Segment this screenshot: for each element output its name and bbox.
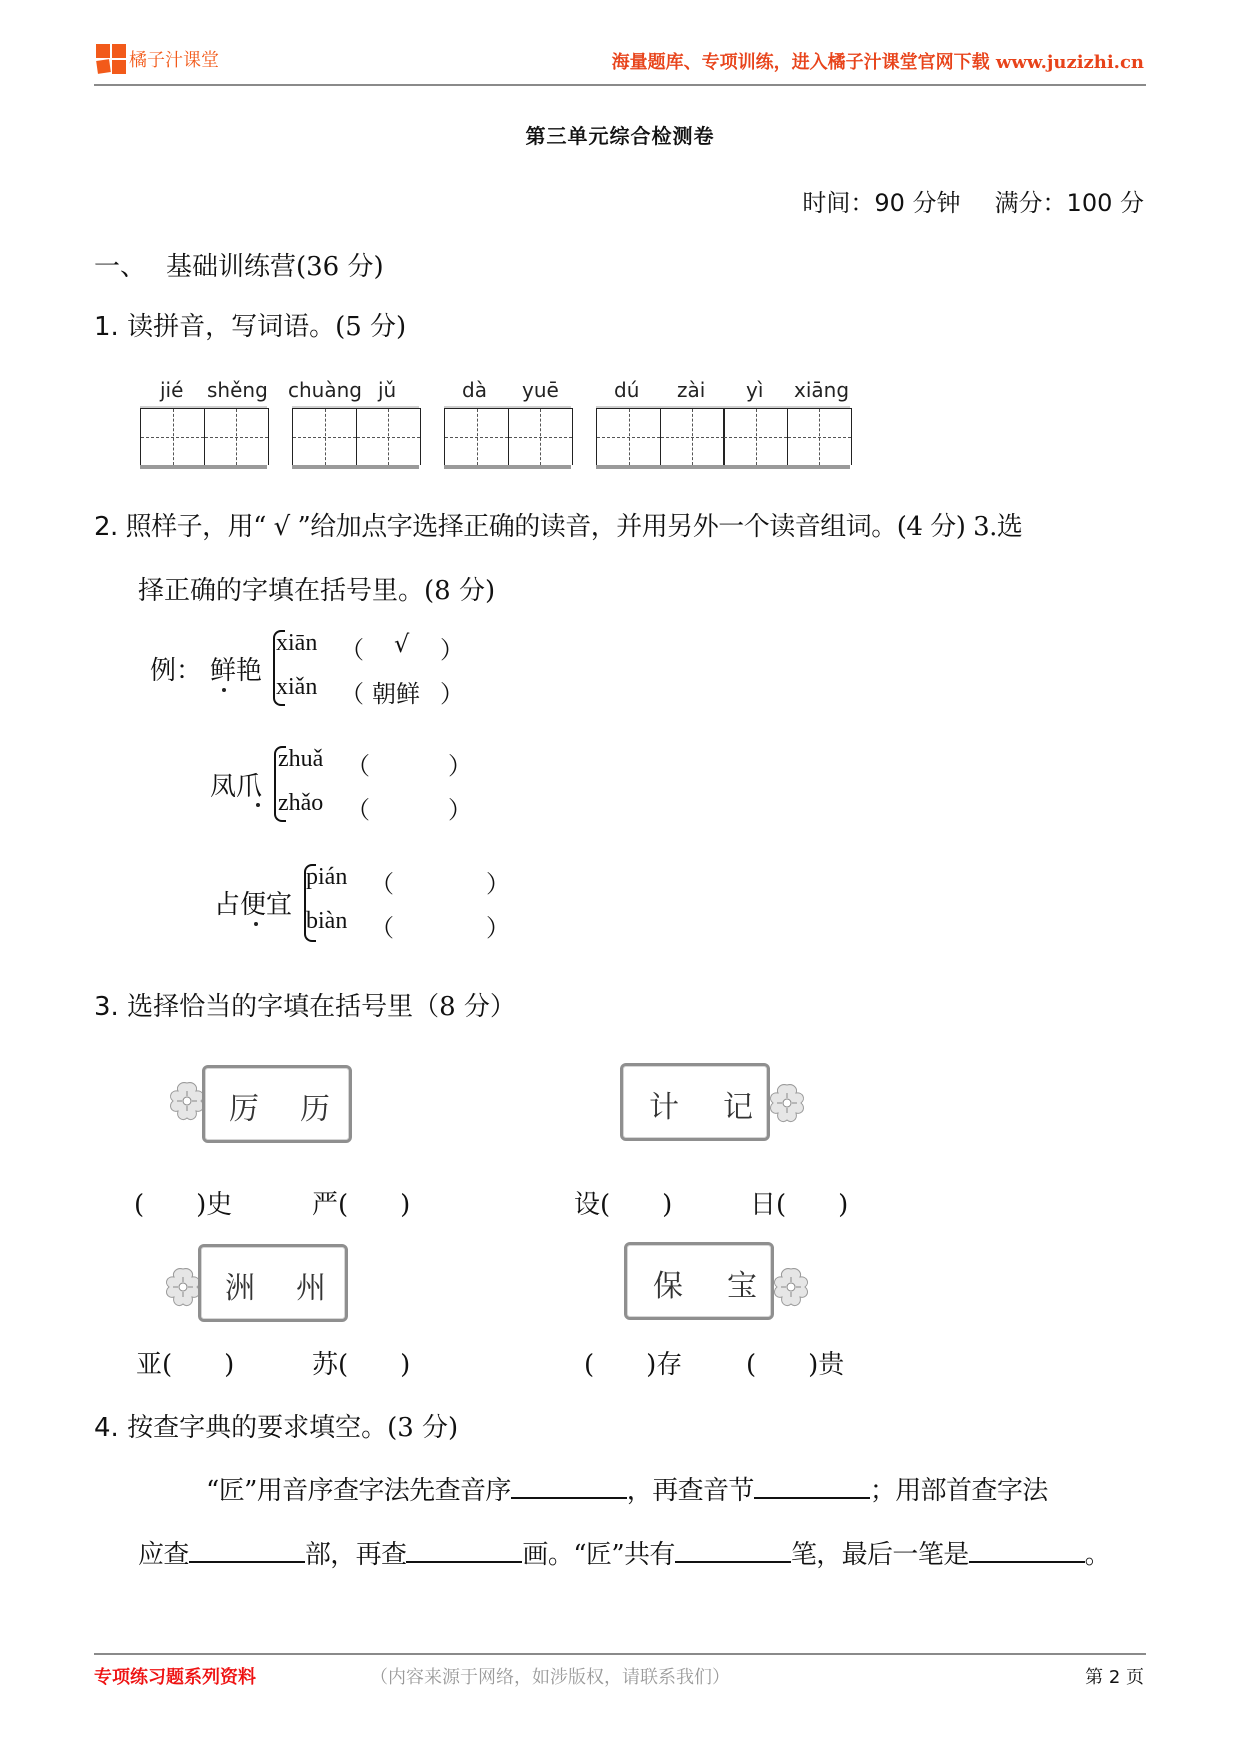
answer-slot: （	[340, 630, 364, 665]
q4-text: “匠”用音序查字法先查音序	[206, 1476, 511, 1506]
question-number: 3.	[94, 992, 119, 1022]
pinyin-option: biàn	[306, 908, 347, 935]
answer-blank[interactable]	[406, 1539, 522, 1563]
question-number: 1.	[94, 312, 119, 342]
emphasis-dot	[256, 803, 260, 807]
fill-in-item[interactable]: ( )贵	[746, 1344, 844, 1381]
fill-in-item[interactable]: 亚( )	[136, 1344, 234, 1381]
flower-icon	[768, 1082, 806, 1126]
answer-slot: ）	[486, 864, 510, 899]
footer-divider	[94, 1653, 1146, 1655]
footer-series-label: 专项练习题系列资料	[94, 1663, 256, 1689]
question-2: 2. 照样子，用“ √ ”给加点字选择正确的读音，并用另外一个读音组词。(4 分…	[94, 506, 1022, 543]
fill-in-item[interactable]: 严( )	[312, 1184, 410, 1221]
answer-blank[interactable]	[754, 1475, 870, 1499]
answer-slot[interactable]: （	[346, 790, 370, 825]
page-number: 第 2 页	[1085, 1663, 1144, 1689]
q4-text: 。	[1085, 1540, 1110, 1570]
fill-in-item[interactable]: 苏( )	[312, 1344, 410, 1381]
q4-text: 画。“匠”共有	[522, 1540, 674, 1570]
pinyin-label: jǔ	[378, 378, 396, 402]
brand-logo-icon	[96, 44, 126, 74]
brand-name: 橘子汁课堂	[129, 46, 219, 72]
grid-cell[interactable]	[596, 408, 661, 465]
pinyin-option: xiān	[276, 630, 317, 657]
fill-in-item[interactable]: ( )存	[584, 1344, 682, 1381]
answer-slot: ）	[486, 908, 510, 943]
grid-cell[interactable]	[787, 408, 852, 465]
grid-cell[interactable]	[292, 408, 357, 465]
question-text: 读拼音，写词语。(5 分)	[127, 312, 406, 342]
writing-grid[interactable]	[596, 406, 850, 469]
choice-char: 计	[649, 1082, 679, 1126]
polyphone-word: 占便宜	[214, 884, 292, 921]
q4-text: ；用部首查字法	[870, 1476, 1048, 1506]
question-1: 1. 读拼音，写词语。(5 分)	[94, 306, 406, 343]
char-choice-card: 保 宝	[624, 1242, 774, 1320]
question-4: 4. 按查字典的要求填空。(3 分)	[94, 1407, 458, 1444]
choice-char: 宝	[727, 1261, 757, 1305]
answer-slot[interactable]: （	[370, 864, 394, 899]
pinyin-label: yuē	[522, 378, 559, 402]
q4-text: 应查	[138, 1540, 189, 1570]
polyphone-word: 鲜艳	[210, 650, 262, 687]
grid-cell[interactable]	[356, 408, 421, 465]
choice-char: 保	[653, 1261, 683, 1305]
pinyin-option: zhǎo	[278, 790, 323, 817]
q4-line-1: “匠”用音序查字法先查音序，再查音节；用部首查字法	[206, 1470, 1048, 1507]
answer-slot: ）	[448, 746, 472, 781]
flower-icon	[164, 1266, 202, 1310]
answer-blank[interactable]	[969, 1539, 1085, 1563]
polyphone-word: 凤爪	[210, 766, 262, 803]
char-choice-card: 计 记	[620, 1063, 770, 1141]
page-title: 第三单元综合检测卷	[0, 120, 1240, 149]
grid-cell[interactable]	[660, 408, 725, 465]
exam-meta: 时间：90 分钟满分：100 分	[802, 183, 1144, 218]
section-number: 一、	[94, 246, 166, 283]
pinyin-label: zài	[677, 378, 705, 402]
pinyin-label: dú	[614, 378, 639, 402]
section-label: 基础训练营(36 分)	[166, 252, 384, 282]
fill-in-item[interactable]: 设( )	[574, 1184, 672, 1221]
section-heading: 一、基础训练营(36 分)	[94, 246, 384, 283]
grid-cell[interactable]	[444, 408, 509, 465]
answer-slot[interactable]: （	[346, 746, 370, 781]
answer-blank[interactable]	[675, 1539, 791, 1563]
header-divider	[94, 84, 1146, 86]
footer-copyright-note: （内容来源于网络，如涉版权，请联系我们）	[370, 1663, 730, 1689]
grid-cell[interactable]	[723, 408, 788, 465]
writing-grid[interactable]	[140, 406, 267, 469]
char-choice-card: 厉 历	[202, 1065, 352, 1143]
emphasis-dot	[222, 688, 226, 692]
answer-slot: ）	[448, 790, 472, 825]
answer-slot: ）	[440, 674, 464, 709]
example-label: 例：	[150, 650, 202, 687]
grid-cell[interactable]	[204, 408, 269, 465]
fill-in-item[interactable]: ( )史	[134, 1184, 232, 1221]
answer-blank[interactable]	[511, 1475, 627, 1499]
pinyin-label: dà	[462, 378, 487, 402]
question-2-continued: 择正确的字填在括号里。(8 分)	[138, 570, 495, 607]
choice-char: 州	[296, 1263, 326, 1307]
question-text: 选择恰当的字填在括号里（8 分）	[127, 992, 516, 1022]
question-number: 4.	[94, 1413, 119, 1443]
question-text: 照样子，用“ √ ”给加点字选择正确的读音，并用另外一个读音组词。(4 分) 3…	[126, 512, 1023, 542]
choice-char: 洲	[225, 1263, 255, 1307]
pinyin-option: pián	[306, 864, 347, 891]
answer-slot: （	[340, 674, 364, 709]
question-number: 2.	[94, 512, 118, 542]
flower-icon	[772, 1266, 810, 1310]
q4-text: 部，再查	[305, 1540, 407, 1570]
score-label: 满分：100 分	[995, 189, 1144, 217]
question-3: 3. 选择恰当的字填在括号里（8 分）	[94, 986, 516, 1023]
answer-text: 朝鲜	[372, 674, 420, 709]
pinyin-label: chuàng	[288, 378, 362, 402]
pinyin-label: yì	[746, 378, 763, 402]
q4-line-2: 应查部，再查画。“匠”共有笔，最后一笔是。	[138, 1534, 1110, 1571]
answer-slot: ）	[440, 630, 464, 665]
answer-text: √	[394, 630, 409, 658]
pinyin-label: xiāng	[794, 378, 849, 402]
pinyin-label: shěng	[207, 378, 268, 402]
q4-text: ，再查音节	[627, 1476, 754, 1506]
header-slogan: 海量题库、专项训练，进入橘子汁课堂官网下载 www.juzizhi.cn	[612, 48, 1144, 74]
pinyin-label: jié	[160, 378, 183, 402]
fill-in-item[interactable]: 日( )	[750, 1184, 848, 1221]
answer-slot[interactable]: （	[370, 908, 394, 943]
char-choice-card: 洲 州	[198, 1244, 348, 1322]
grid-cell[interactable]	[508, 408, 573, 465]
grid-cell[interactable]	[140, 408, 205, 465]
writing-grid[interactable]	[292, 406, 419, 469]
question-text: 按查字典的要求填空。(3 分)	[127, 1413, 458, 1443]
flower-icon	[168, 1080, 206, 1124]
emphasis-dot	[254, 922, 258, 926]
answer-blank[interactable]	[189, 1539, 305, 1563]
choice-char: 厉	[229, 1084, 259, 1128]
pinyin-option: xiǎn	[276, 674, 317, 701]
writing-grid[interactable]	[444, 406, 571, 469]
pinyin-option: zhuǎ	[278, 746, 323, 773]
choice-char: 记	[723, 1082, 753, 1126]
time-label: 时间：90 分钟	[802, 189, 960, 217]
q4-text: 笔，最后一笔是	[791, 1540, 969, 1570]
choice-char: 历	[300, 1084, 330, 1128]
